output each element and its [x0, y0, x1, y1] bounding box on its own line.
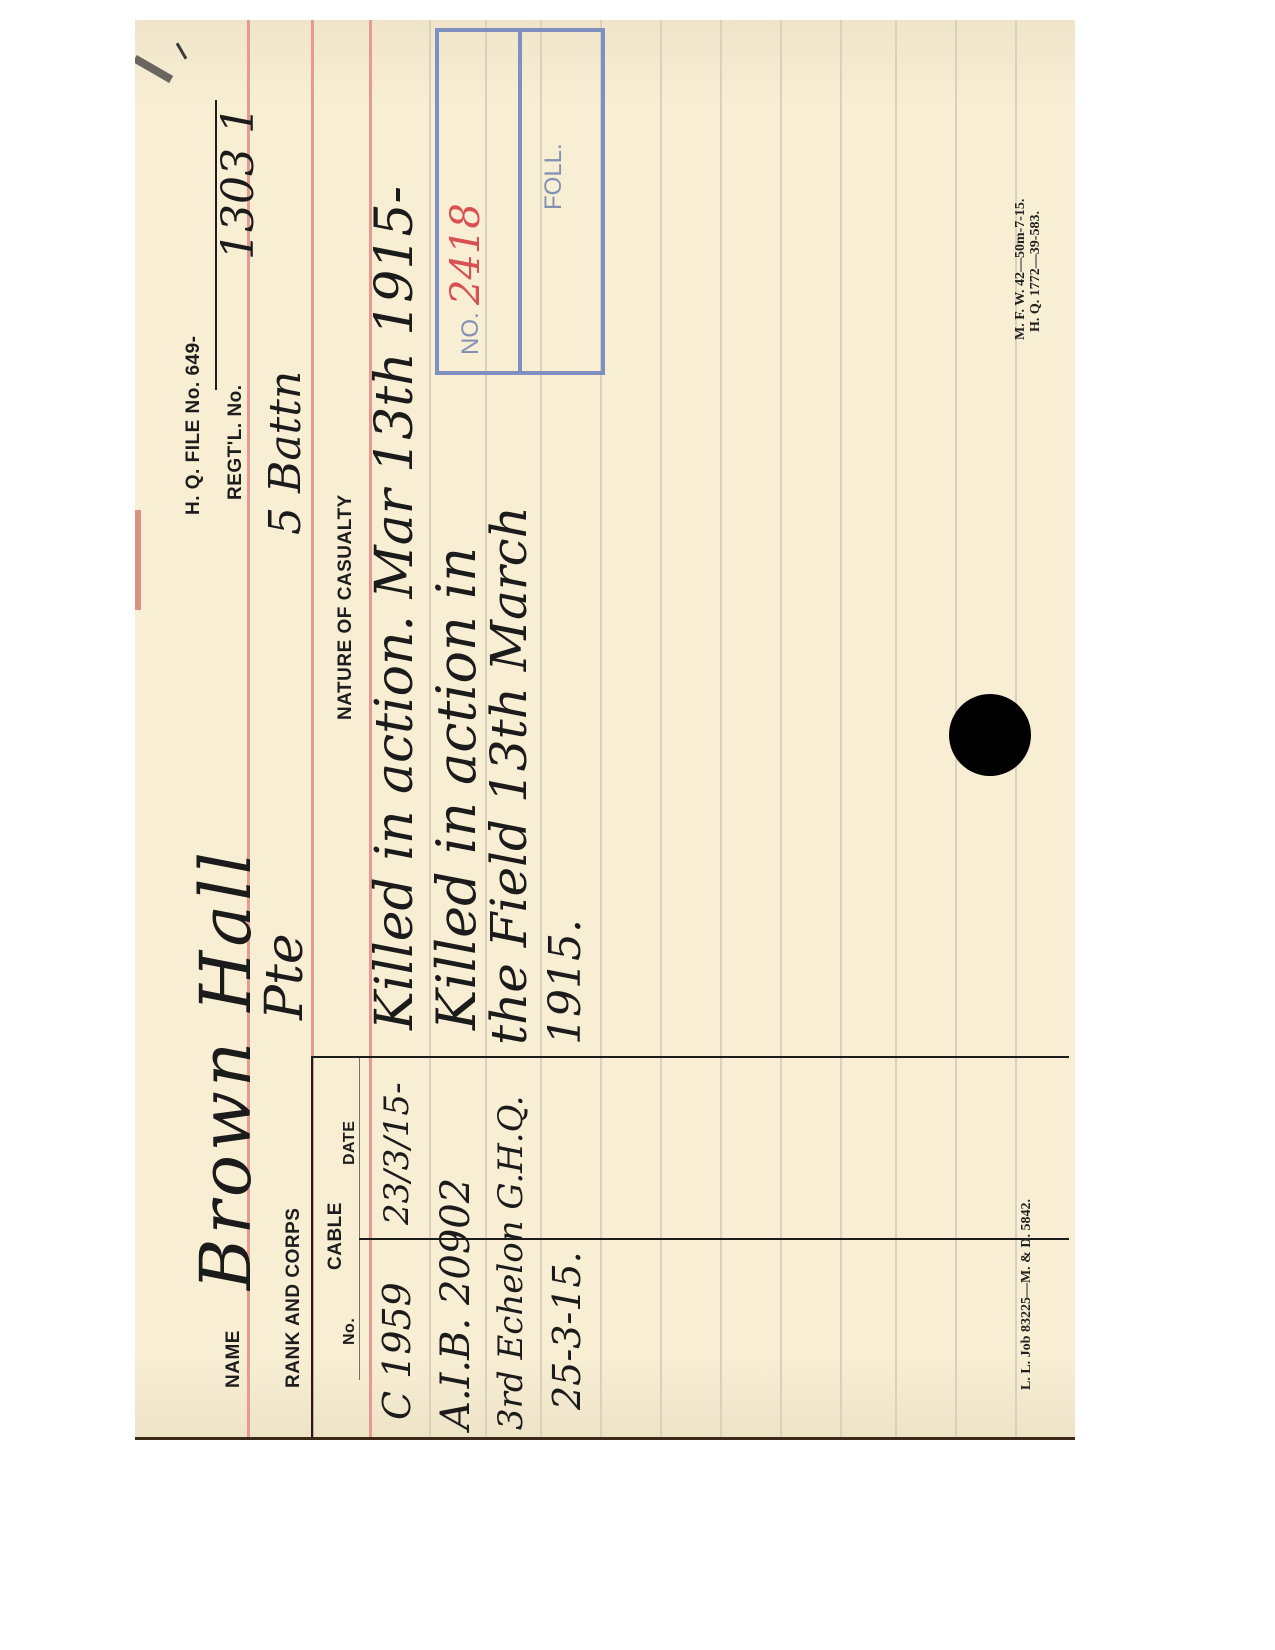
- cable-date-column-header: DATE: [341, 1121, 359, 1165]
- stamp-foll-label: FOLL.: [540, 143, 568, 210]
- cable-row-4-casualty: 1915.: [540, 919, 591, 1045]
- cable-row-1-date: 23/3/15-: [377, 1082, 417, 1225]
- cable-header-underline: [359, 1058, 360, 1380]
- cable-row-3-no: 3rd Echelon G.H.Q.: [491, 1095, 531, 1430]
- cable-row-2-no: A.I.B. 20902: [433, 1178, 479, 1430]
- red-stain: [135, 510, 141, 610]
- punch-hole: [949, 694, 1031, 776]
- ruled-line: [780, 20, 782, 1440]
- stamp-no-label: NO.: [457, 312, 485, 355]
- cable-row-1-no: C 1959: [375, 1282, 419, 1420]
- name-value: Brown Hall: [185, 848, 267, 1290]
- casualty-card-scan: H. Q. FILE No. 649- REGT'L. No. 1303 1 N…: [135, 20, 1075, 1440]
- cable-row-4-no: 25-3-15.: [545, 1251, 589, 1410]
- corps-value: 5 Battn: [260, 371, 311, 535]
- nature-of-casualty-label: NATURE OF CASUALTY: [335, 494, 357, 720]
- pencil-tick-mark: [135, 55, 173, 83]
- cable-table-top-line: [311, 1058, 313, 1440]
- ruled-line: [720, 20, 722, 1440]
- form-code-line-1: M. F. W. 42—50m-7-15.: [1013, 199, 1029, 340]
- cable-row-2-casualty: Killed in action in: [425, 547, 488, 1030]
- name-label: NAME: [223, 1330, 245, 1388]
- ruled-line: [840, 20, 842, 1440]
- print-job-code: L. L. Job 83225—M. & D. 5842.: [1019, 1199, 1035, 1390]
- stamp-divider: [518, 28, 522, 375]
- ruled-line: [895, 20, 897, 1440]
- form-code-line-2: H. Q. 1772—39-583.: [1028, 211, 1044, 332]
- cable-row-3-casualty: the Field 13th March: [480, 506, 538, 1045]
- ink-mark: [176, 42, 188, 59]
- hq-file-label: H. Q. FILE No. 649-: [183, 336, 205, 515]
- casualty-index-card: H. Q. FILE No. 649- REGT'L. No. 1303 1 N…: [135, 20, 1075, 1440]
- cable-column-divider: [311, 1056, 1069, 1058]
- rank-and-corps-label: RANK AND CORPS: [283, 1208, 305, 1388]
- ruled-line: [660, 20, 662, 1440]
- cable-title: CABLE: [325, 1202, 347, 1270]
- cable-row-1-casualty: Killed in action. Mar 13th 1915-: [365, 186, 425, 1030]
- regtl-no-label: REGT'L. No.: [225, 384, 247, 500]
- rank-value: Pte: [255, 933, 315, 1020]
- stamp-no-value: 2418: [443, 203, 489, 305]
- regtl-no-value: 1303 1: [213, 106, 264, 260]
- cable-no-column-header: No.: [341, 1318, 359, 1345]
